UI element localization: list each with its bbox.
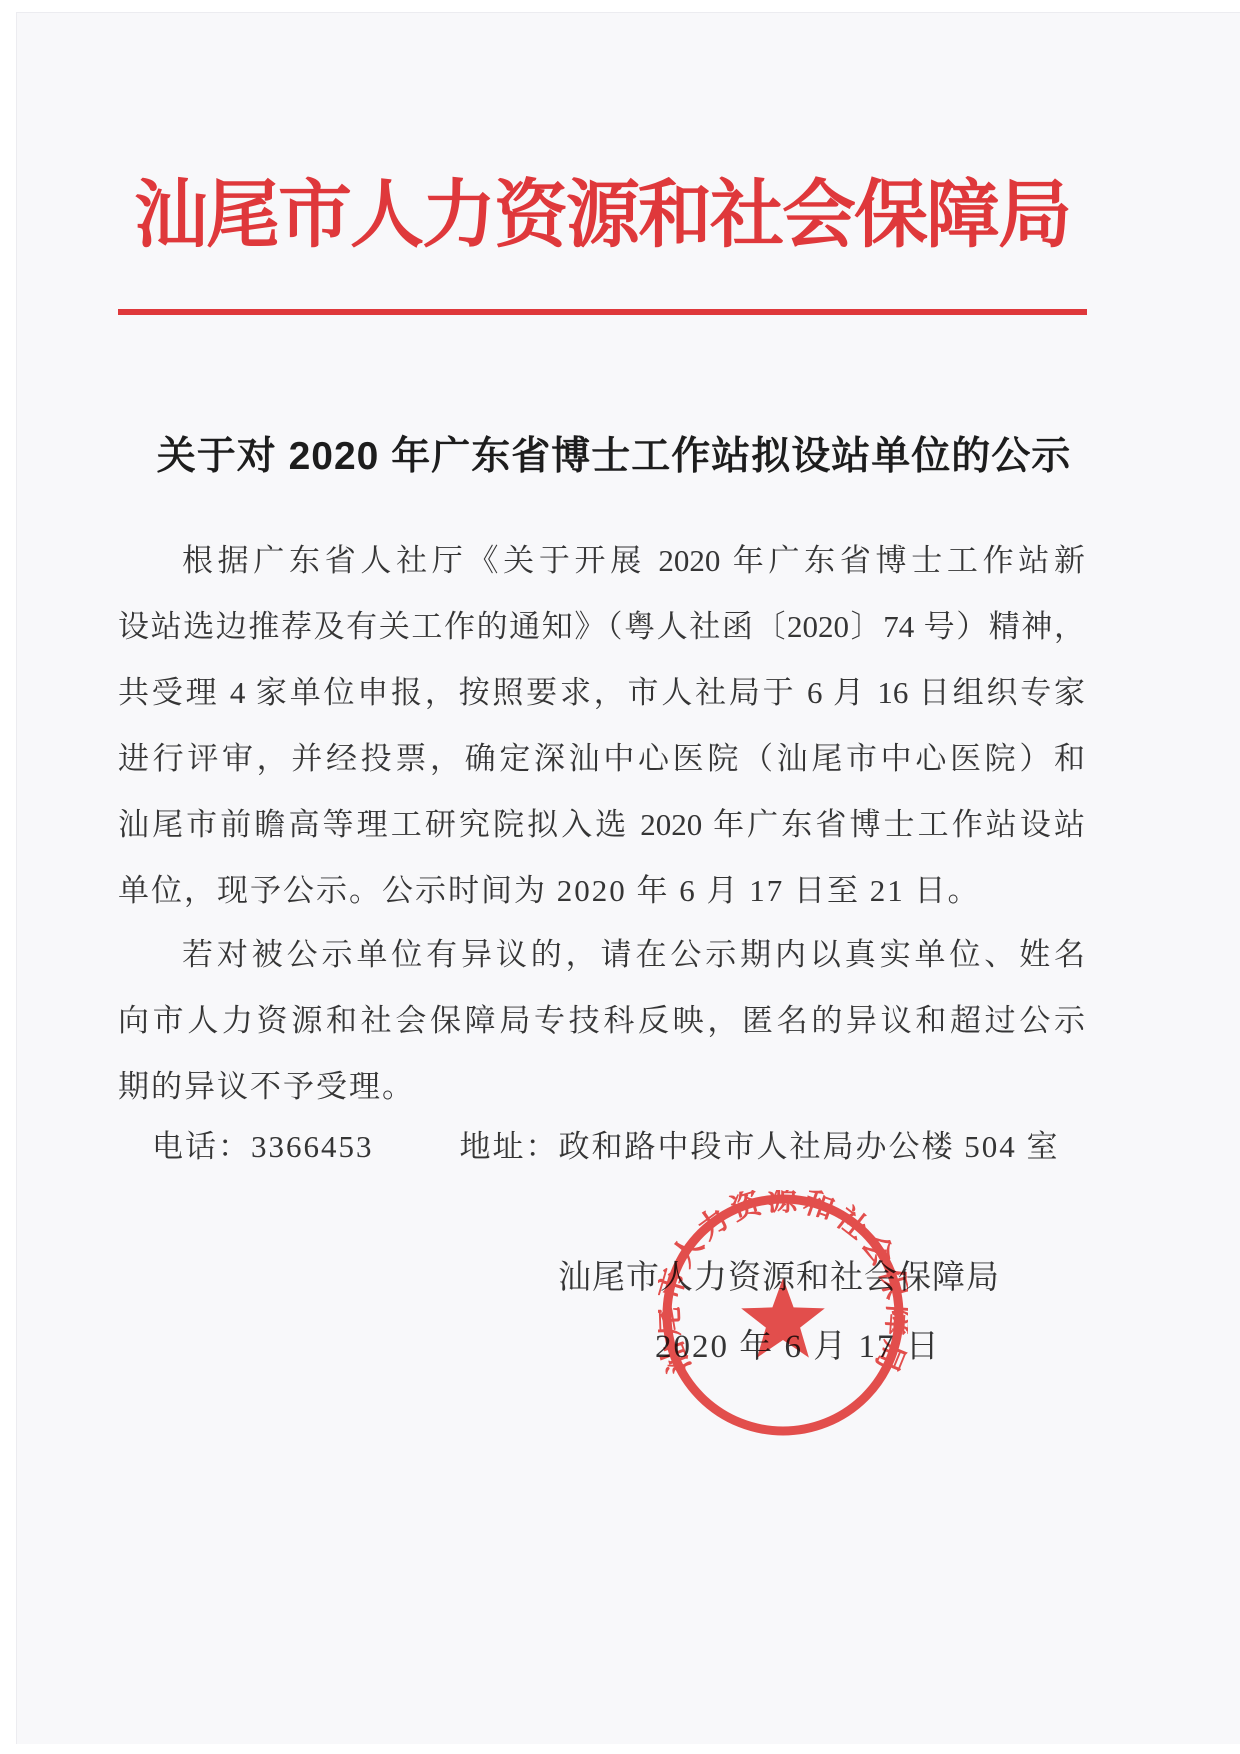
body-line: 单位，现予公示。公示时间为 2020 年 6 月 17 日至 21 日。 (118, 858, 1085, 924)
phone-group: 电话：3366453 (152, 1114, 374, 1180)
official-seal: 汕尾市人力资源和社会保障局 (658, 1190, 908, 1440)
body-line: 共受理 4 家单位申报，按照要求，市人社局于 6 月 16 日组织专家 (118, 660, 1085, 726)
body-line: 向市人力资源和社会保障局专技科反映，匿名的异议和超过公示 (118, 988, 1085, 1054)
scanned-document-page: 汕尾市人力资源和社会保障局 关于对 2020 年广东省博士工作站拟设站单位的公示… (0, 0, 1240, 1754)
address-label: 地址： (460, 1129, 559, 1164)
contact-spacer (374, 1114, 460, 1180)
body-line: 根据广东省人社厅《关于开展 2020 年广东省博士工作站新 (118, 528, 1085, 594)
phone-number: 3366453 (251, 1129, 374, 1164)
body-line: 若对被公示单位有异议的，请在公示期内以真实单位、姓名 (118, 922, 1085, 988)
body-line: 进行评审，并经投票，确定深汕中心医院（汕尾市中心医院）和 (118, 726, 1085, 792)
body-line: 设站选边推荐及有关工作的通知》（粤人社函〔2020〕74 号）精神， (118, 594, 1085, 660)
document-title: 关于对 2020 年广东省博士工作站拟设站单位的公示 (10, 431, 1218, 483)
phone-label: 电话： (152, 1129, 251, 1164)
body-line: 期的异议不予受理。 (118, 1054, 1085, 1120)
address-group: 地址：政和路中段市人社局办公楼 504 室 (460, 1114, 1060, 1180)
letterhead-title: 汕尾市人力资源和社会保障局 (0, 168, 1204, 264)
letterhead-divider (118, 309, 1087, 315)
body-line: 汕尾市前瞻高等理工研究院拟入选 2020 年广东省博士工作站设站 (118, 792, 1085, 858)
star-icon (741, 1278, 825, 1358)
address-text: 政和路中段市人社局办公楼 504 室 (559, 1129, 1060, 1164)
contact-line: 电话：3366453 地址：政和路中段市人社局办公楼 504 室 (152, 1114, 1060, 1180)
